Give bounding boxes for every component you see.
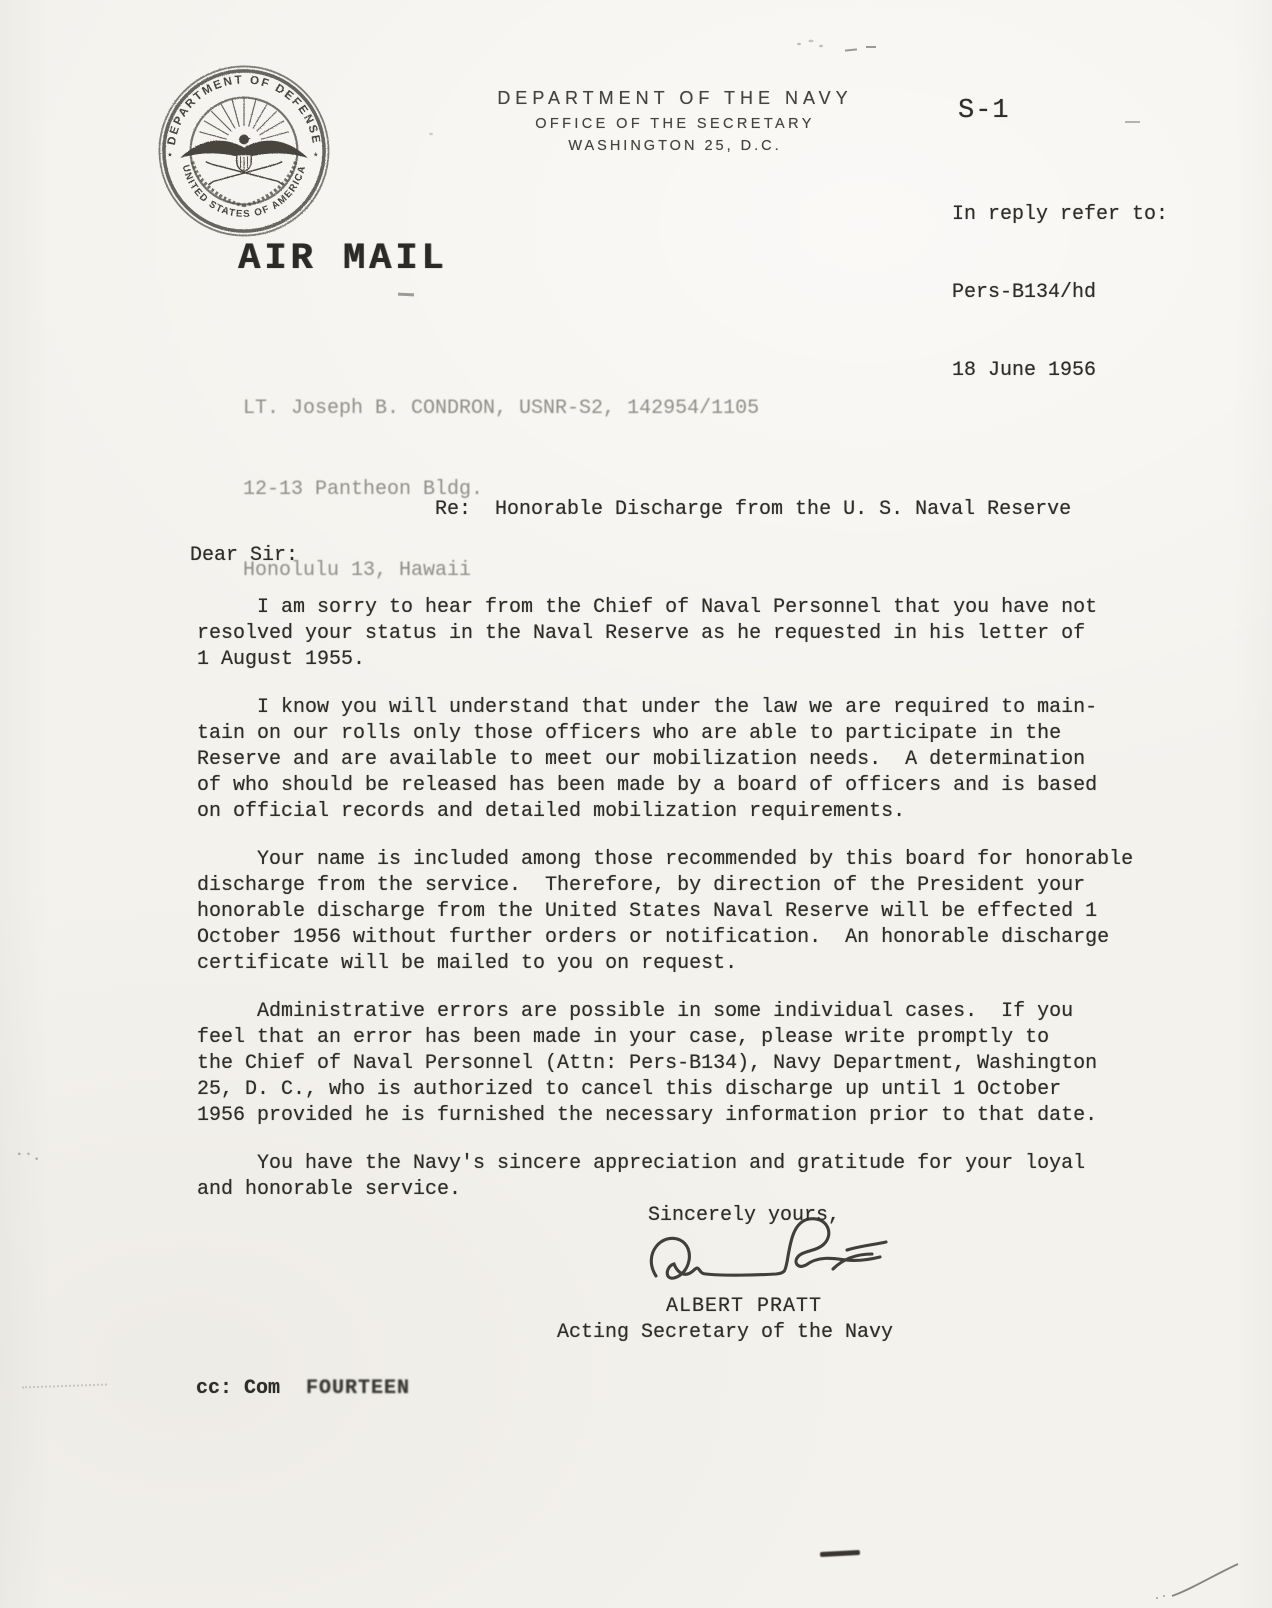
scan-artifact bbox=[398, 293, 414, 297]
cc-value: FOURTEEN bbox=[306, 1376, 410, 1402]
subject-line: Re: Honorable Discharge from the U. S. N… bbox=[435, 497, 1071, 523]
cc-line: cc: ComFOURTEEN bbox=[196, 1376, 410, 1402]
letter-page: DEPARTMENT OF DEFENSE UNITED STATES OF A… bbox=[0, 0, 1272, 1608]
scan-artifact bbox=[15, 1149, 42, 1162]
letter-date: 18 June 1956 bbox=[952, 358, 1168, 384]
scan-artifact bbox=[22, 1384, 107, 1389]
air-mail-stamp: AIR MAIL bbox=[238, 246, 448, 272]
department-of-defense-seal-icon: DEPARTMENT OF DEFENSE UNITED STATES OF A… bbox=[155, 62, 333, 240]
paragraph-2: I know you will understand that under th… bbox=[197, 695, 1182, 825]
scan-artifact bbox=[1125, 121, 1140, 123]
letterhead-city: WASHINGTON 25, D.C. bbox=[400, 138, 950, 154]
file-code: S-1 bbox=[958, 98, 1010, 124]
letterhead: DEPARTMENT OF THE NAVY OFFICE OF THE SEC… bbox=[400, 88, 950, 154]
scan-artifact bbox=[1150, 1556, 1245, 1601]
signer-title: Acting Secretary of the Navy bbox=[557, 1320, 893, 1346]
reply-refer-code: Pers-B134/hd bbox=[952, 280, 1168, 306]
paragraph-3: Your name is included among those recomm… bbox=[197, 847, 1182, 977]
scan-artifact bbox=[866, 46, 876, 48]
scan-artifact bbox=[820, 1550, 860, 1557]
reference-block: In reply refer to: Pers-B134/hd 18 June … bbox=[952, 150, 1168, 436]
paragraph-5: You have the Navy's sincere appreciation… bbox=[197, 1151, 1182, 1203]
signer-name: ALBERT PRATT bbox=[666, 1294, 822, 1320]
cc-label: cc: Com bbox=[196, 1377, 280, 1400]
scan-artifact bbox=[793, 38, 827, 50]
seal-star-right-icon: ★ bbox=[313, 150, 318, 159]
scan-artifact bbox=[845, 48, 857, 51]
seal-rays bbox=[199, 98, 288, 140]
seal-star-left-icon: ★ bbox=[167, 150, 172, 159]
recipient-address: LT. Joseph B. CONDRON, USNR-S2, 142954/1… bbox=[243, 341, 759, 638]
recipient-name-line: LT. Joseph B. CONDRON, USNR-S2, 142954/1… bbox=[243, 395, 759, 422]
letterhead-department: DEPARTMENT OF THE NAVY bbox=[400, 88, 950, 109]
paragraph-1: I am sorry to hear from the Chief of Nav… bbox=[197, 595, 1182, 673]
reply-refer-label: In reply refer to: bbox=[952, 202, 1168, 228]
letter-body: I am sorry to hear from the Chief of Nav… bbox=[197, 595, 1182, 1225]
paragraph-4: Administrative errors are possible in so… bbox=[197, 999, 1182, 1129]
letterhead-office: OFFICE OF THE SECRETARY bbox=[400, 116, 950, 132]
recipient-address-line2: Honolulu 13, Hawaii bbox=[243, 557, 759, 584]
salutation: Dear Sir: bbox=[190, 543, 298, 569]
